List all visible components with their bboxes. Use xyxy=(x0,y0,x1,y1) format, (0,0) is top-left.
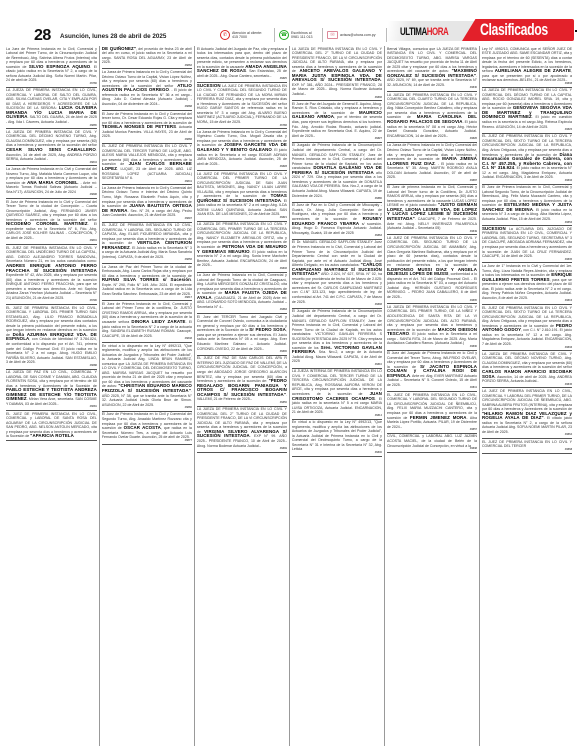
deceased-name: OSCAR ACOSTA xyxy=(124,425,161,430)
notice-code: 46844 xyxy=(6,162,97,165)
notice-code: 46831 xyxy=(6,240,97,243)
deceased-name: TEOMILA MONGES DE PETTERS xyxy=(102,124,176,129)
whatsapp-icon: ☎ xyxy=(279,30,289,40)
legal-notice: La Jueza de Paz del Primer Turno de la c… xyxy=(102,264,192,301)
notice-code: 46864 xyxy=(482,434,572,437)
legal-notice: LA JUEZA DE PRIMERA INSTANCIA EN LO CIVI… xyxy=(292,46,382,101)
legal-notice: EL JUEZ DE PAZ DE SAN CARLOS DEL APA R I… xyxy=(197,356,287,407)
notice-code: 46822 xyxy=(482,129,572,132)
page-number: 28 xyxy=(34,27,51,45)
legal-notice: El Juez de Primera Instancia en lo Civil… xyxy=(102,412,192,445)
notice-text: LA JUEZA INTERINA DE PRIMERA INSTANCIA E… xyxy=(292,369,382,396)
legal-notice: EL JUEZ DE PRIMERA INSTANCIA EN LO CIVIL… xyxy=(482,439,572,453)
deceased-name: "APARICIA ROTELA xyxy=(30,433,74,438)
legal-notice: DE QUIÑONEZ", del proveído de fecha 23 d… xyxy=(102,46,192,69)
notice-code: 46786 xyxy=(197,125,287,128)
deceased-name: SILVIO ESPINOZA AQUINO xyxy=(29,64,90,69)
customer-service-contact: ✆ Atención al cliente:415 7000 xyxy=(220,28,262,42)
notice-text: año 2024 n° 729. Cita y emplaza por sese… xyxy=(292,171,382,198)
notice-text: CIVIL, COMERCIAL y LABORAL ABG. LUZ JAZM… xyxy=(387,434,477,447)
deceased-name: DE QUIÑONEZ" xyxy=(102,46,136,51)
notice-text: LA JUEZA DE PRIMERA INSTANCIA DE CIVIL Y… xyxy=(482,352,572,370)
notice-code: 46681 xyxy=(6,406,97,409)
notice-code: 46821 xyxy=(197,217,287,220)
legal-notice: El Juzgado de Primera Instancia de la Ci… xyxy=(292,143,382,203)
legal-notice: El Juez del TERCER Turno del Juzgado Civ… xyxy=(197,314,287,356)
legal-notice: En virtud a lo dispuesto en la Ley N° 49… xyxy=(292,420,382,457)
section-title: Clasificados xyxy=(480,20,548,40)
legal-notice: La Juez de Primera Instancia en lo Civil… xyxy=(6,46,97,88)
notice-code: 46846 xyxy=(197,268,287,271)
legal-notice: EL JUEZ DE PRIMERA INSTANCIA EN LO CIVIL… xyxy=(6,305,97,369)
notice-code: 46865 xyxy=(6,125,97,128)
notice-code: 46839 xyxy=(197,448,287,451)
legal-notice: La Juez de Primera Instancia en lo Civil… xyxy=(197,273,287,315)
notice-code: 46888 xyxy=(102,106,192,109)
notice-text: EL JUEZ DE PRIMERA INSTANCIA EN LO CIVIL… xyxy=(6,246,97,264)
notice-code: 46849 xyxy=(387,231,477,234)
deceased-name: FERMIN JIMENEZ MORA xyxy=(410,415,467,420)
legal-notice: EL JUEZ DE PRIMERA INSTANCIA EN LO CIVIL… xyxy=(482,305,572,351)
notice-text: El Juez de Primera Instancia en lo Civil… xyxy=(102,112,192,125)
notice-code: 46866 xyxy=(102,139,192,142)
page-header: 28 Asunción, lunes 28 de abril de 2025 ✆… xyxy=(0,0,580,44)
legal-notice: El Juez del Juzgado de Primera Instancia… xyxy=(387,351,477,393)
date-line: Asunción, lunes 28 de abril de 2025 xyxy=(60,33,166,40)
legal-notice: El Juez de Primera Instancia en lo Civil… xyxy=(102,111,192,144)
notice-column: Bernal Villagra, comunica que LA JUEZA D… xyxy=(384,46,479,746)
notice-code: 46827 xyxy=(292,138,382,141)
notice-code: 46826 xyxy=(387,138,477,141)
notice-code: 46810 xyxy=(292,364,382,367)
deceased-name: ANDRES ENRIQUE ANTONIO FERRO FRACCHIA S/… xyxy=(6,263,97,273)
notice-code: 46897 xyxy=(102,218,192,221)
notice-text: La ACTUARIA DEL JUZGADO DE PRIMERA INSTA… xyxy=(482,227,572,258)
notice-code: 46850 xyxy=(197,402,287,405)
notice-code: 46840 xyxy=(292,452,382,455)
whatsapp-contact: ☎ Escríbinos al0981 111 013 xyxy=(274,28,312,42)
legal-notice: El Juez de Primera Instancia en lo Civil… xyxy=(6,199,97,245)
brand-hora: HORA xyxy=(427,26,449,38)
notice-code: 46816 xyxy=(482,300,572,303)
legal-notice: EL JUEZ DE PRIMERA INSTANCIA EN LO CIVIL… xyxy=(102,144,192,186)
legal-notice: LA JUEZA DE PRIMERA INSTANCIA EN LO CIVI… xyxy=(197,222,287,273)
notice-code: 46833 xyxy=(482,347,572,350)
brand-ultima: ULTIMA xyxy=(400,26,427,38)
notice-column: LA JUEZA DE PRIMERA INSTANCIA EN LO CIVI… xyxy=(289,46,384,746)
notice-code: 46828 xyxy=(197,166,287,169)
legal-notice: LA JUEZ DE PRIMERA INSTANCIA EN LO CIVIL… xyxy=(482,388,572,439)
notice-code: 46688 xyxy=(6,365,97,368)
notice-column: DE QUIÑONEZ", del proveído de fecha 23 d… xyxy=(99,46,194,746)
deceased-name: ANICETO AREVALOS GALEANO Y MARIA JUSTA E… xyxy=(292,68,382,82)
decorative-dot xyxy=(575,30,577,32)
legal-notice: LA JUEZA DE PRIMERA INSTANCIA EN LO CIVI… xyxy=(482,88,572,134)
notice-code: 46838 xyxy=(482,83,572,86)
legal-notice: La Jueza de Primera Instancia en lo Civi… xyxy=(197,129,287,171)
deceased-name: SUCESION xyxy=(482,226,506,231)
legal-notice: LA JUEZA DE PRIMERA INSTANCIA DE CIVIL Y… xyxy=(482,351,572,388)
notice-code: 46830 xyxy=(387,346,477,349)
notice-text: LA JUEZ DE PRIMERA INSTANCIA EN LO CIVIL… xyxy=(482,389,572,411)
legal-notice: La Jueza de Primera Instancia en lo Civi… xyxy=(387,143,477,185)
notice-code: 46845 xyxy=(482,384,572,387)
contact-label: Escríbinos al xyxy=(291,31,312,35)
legal-notice: El Juez de Paz en lo Civil y Comercial d… xyxy=(292,203,382,240)
legal-notice: LA JUEZA DE PRIMERA INSTANCIA EN LO CIVI… xyxy=(387,304,477,350)
legal-notice: SUCESION La ACTUARIA DEL JUZGADO DE PRIM… xyxy=(482,226,572,263)
notice-code: 46811 xyxy=(387,387,477,390)
notice-code: 46835 xyxy=(482,259,572,262)
notice-column: Ley N° 4992/13, COMUNICA que el SEÑOR JU… xyxy=(479,46,574,746)
legal-notice: La Juez de 1° Instancia en lo Civil y Co… xyxy=(482,263,572,305)
notice-code: 46868 xyxy=(482,449,572,452)
section-banner: Clasificados xyxy=(462,19,574,41)
legal-notice: LA JUEZA DE PRIMERA INSTANCIA DE CIVIL Y… xyxy=(6,129,97,166)
legal-notice: El Juez de primera instancia en lo Civil… xyxy=(387,185,477,236)
notice-code: 46887 xyxy=(387,180,477,183)
legal-notice: La Jueza de Primera Instancia en lo Civi… xyxy=(6,166,97,199)
notice-code: 46832 xyxy=(482,180,572,183)
notice-text: AÑO: 2.024, N° 627, SRIA. N° 02, ha resu… xyxy=(292,272,382,303)
notice-text: , conformidad a lo dispuesto en el Art. … xyxy=(387,272,477,299)
legal-notice: EL JUEZ DE PRIMERA INSTANCIA EN LO CIVIL… xyxy=(6,245,97,305)
notice-code: 46863 xyxy=(292,235,382,238)
legal-notice: El Juez de Paz del Juzgado de General E.… xyxy=(292,101,382,143)
notices-columns: La Juez de Primera Instancia en lo Civil… xyxy=(4,46,574,746)
legal-notice: En virtud a lo dispuesto en la Ley N° 49… xyxy=(102,343,192,412)
notice-code: 46862 xyxy=(102,65,192,68)
legal-notice: LA JUEZA INTERINA DE PRIMERA INSTANCIA E… xyxy=(292,369,382,420)
notice-code: 46808 xyxy=(292,304,382,307)
notice-text: LA JUEZA DE PAZ EN LO CIVIL, COMERCIAL Y… xyxy=(6,370,97,388)
legal-notice: EL JUEZ DE PRIMERA INSTANCIA EN LO CIVIL… xyxy=(102,223,192,265)
notice-code: 46841 xyxy=(102,181,192,184)
notice-code: 46766 xyxy=(6,83,97,86)
notice-code: 46898 xyxy=(6,194,97,197)
notice-text: La Jueza de Paz del Primer Turno de la c… xyxy=(102,265,192,278)
notice-text: EL JUEZ DE PRIMERA INSTANCIA EN LO CIVIL… xyxy=(482,134,572,156)
notice-text: . Asunción, 14 de abril de 2025. Abg. AN… xyxy=(482,375,572,384)
notice-code: 46860 xyxy=(102,407,192,410)
notice-text: En virtud a lo dispuesto en la Ley N° 49… xyxy=(102,344,192,389)
deceased-name: NICODEMO CORONEL MARTINEZ xyxy=(6,221,88,226)
notice-text: EL JUEZ DE PRIMERA INSTANCIA EN LO CIVIL… xyxy=(482,440,572,449)
notice-text: LA JUEZ DE PRIMERA INSTANCIA EN LO CIVIL… xyxy=(197,84,287,124)
deceased-name: ANA MARIA CORONEL xyxy=(27,180,78,185)
legal-notice: Ley N° 4992/13, COMUNICA que el SEÑOR JU… xyxy=(482,46,572,88)
legal-notice: El Juez de Primera Instancia en lo Civil… xyxy=(482,185,572,227)
notice-text: Expediente N° 42, Año 2025, cita y empla… xyxy=(6,273,97,300)
legal-notice: LA JUEZA DE PRIMERA INSTANCIA EN LO CIVI… xyxy=(387,92,477,143)
legal-notice: CIVIL, COMERCIAL y LABORAL ABG. LUZ JAZM… xyxy=(387,434,477,453)
deceased-name: Sr PEDRO SOSA xyxy=(249,327,286,332)
contact-value: 0981 111 013 xyxy=(291,35,312,39)
notice-code: 46800 xyxy=(197,351,287,354)
notice-text: En virtud a lo dispuesto en la Ley N° 49… xyxy=(292,420,382,451)
notice-code: 46805 xyxy=(387,300,477,303)
notice-code: 46836 xyxy=(292,97,382,100)
notice-code: 46817 xyxy=(102,297,192,300)
legal-notice: EL JUEZ DE PRIMERA INSTANCIA EN LO CIVIL… xyxy=(6,411,97,441)
divider xyxy=(386,28,387,42)
legal-notice: LA JUEZA DE PAZ EN LO CIVIL, COMERCIAL Y… xyxy=(6,370,97,412)
legal-notice: LA JUEZ DE PRIMERA INSTANCIA EN LO CIVIL… xyxy=(387,235,477,304)
notice-text: LA JUEZA DE PRIMERA INSTANCIA DE CIVIL Y… xyxy=(6,130,97,148)
phone-icon: ✆ xyxy=(220,30,230,40)
notice-column: La Juez de Primera Instancia en lo Civil… xyxy=(4,46,99,746)
notice-text: El Juzgado de Primera Instancia de la Ci… xyxy=(292,309,382,349)
deceased-name: CESAR SILVIO SENS CABALLERO xyxy=(6,147,96,152)
notice-code: 46840 xyxy=(387,87,477,90)
notice-code: 46857 xyxy=(387,429,477,432)
contact-value: 415 7000 xyxy=(232,35,247,39)
contact-value: avisos@uhora.com.py xyxy=(340,33,376,38)
notice-code: 46814 xyxy=(292,415,382,418)
deceased-name: AURELIANA ALEGRE DE ZARATE xyxy=(495,68,571,73)
contact-label: Atención al cliente: xyxy=(232,31,262,35)
deceased-name: RUFINO SILVA TORRES s/ Sucesión xyxy=(102,277,191,282)
notice-code: 46880 xyxy=(292,198,382,201)
deceased-name: DINORA LEIDY ZARATE xyxy=(131,319,185,324)
notice-code: 46883 xyxy=(197,309,287,312)
legal-notice: El Juzgado de Primera Instancia de la Ci… xyxy=(292,309,382,369)
notice-code: 46825 xyxy=(197,78,287,81)
legal-notice: La Jueza de Primera Instancia en lo Civi… xyxy=(102,69,192,111)
notice-text: , con Cédula de Identidad N° 3.784.024, … xyxy=(6,337,97,364)
legal-notice: LA JUEZ DE PRIMERA INSTANCIA EN LO CIVIL… xyxy=(197,171,287,222)
notice-code: 46877 xyxy=(102,440,192,443)
envelope-icon: ✉ xyxy=(327,31,338,39)
legal-notice: SUCESION LA JUEZ DE PRIMERA INSTANCIA EN… xyxy=(197,83,287,129)
legal-notice: La Jueza de Primera Instancia en lo Civi… xyxy=(102,185,192,222)
email-contact: ✉ avisos@uhora.com.py xyxy=(322,28,376,42)
legal-notice: El Actuario Judicial del Juzgado de Paz,… xyxy=(197,46,287,83)
legal-notice: LA JUEZA DE PRIMERA INSTANCIA EN LO CIVI… xyxy=(197,407,287,453)
legal-notice: LA JUEZA DE PRIMERA INSTANCIA EN LO CIVI… xyxy=(6,88,97,130)
legal-notice: El Dr. MANUEL GERALDO SAFFLOIN STANLEY J… xyxy=(292,240,382,309)
deceased-name: SUCESION xyxy=(197,83,221,88)
notice-text: LA JUEZ DE PRIMERA INSTANCIA EN LO CIVIL… xyxy=(387,236,477,267)
notice-code: 46838 xyxy=(387,448,477,451)
notice-code: 46790 xyxy=(6,300,97,303)
legal-notice: Bernal Villagra, comunica que LA JUEZA D… xyxy=(387,46,477,92)
notice-code: 46852 xyxy=(482,222,572,225)
legal-notice: El Juez de Primera Instancia en lo Civil… xyxy=(102,301,192,343)
notice-text: El Juez de Primera Instancia en lo Civil… xyxy=(6,200,97,222)
legal-notice: EL JUEZ DE PRIMERA INSTANCIA EN LO CIVIL… xyxy=(482,134,572,185)
legal-notice: EL JUEZ DE PRIMERA INSTANCIA EN LO CIVIL… xyxy=(387,392,477,434)
notice-column: El Actuario Judicial del Juzgado de Paz,… xyxy=(194,46,289,746)
brand-logo: ULTIMAHORA xyxy=(400,26,448,38)
notice-code: 46856 xyxy=(102,259,192,262)
notice-code: 46848 xyxy=(102,338,192,341)
